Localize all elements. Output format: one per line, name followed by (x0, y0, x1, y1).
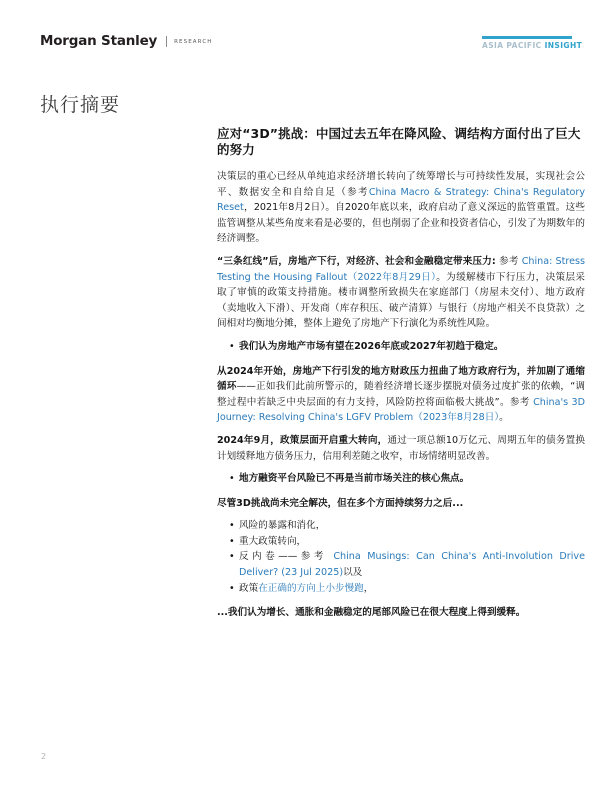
report-page: Morgan Stanley RESEARCH ASIA PACIFIC INS… (0, 0, 612, 792)
page-title: 执行摘要 (40, 90, 120, 117)
bold-text: 2024年9月，政策层面开启重大转向， (217, 435, 387, 446)
body-text: 重大政策转向， (239, 536, 306, 547)
bold-text: “三条红线”后，房地产下行，对经济、社会和金融稳定带来压力: (217, 256, 499, 267)
brand-logo: Morgan Stanley RESEARCH (40, 33, 213, 49)
report-link[interactable]: 在正确的方向上小步慢跑 (258, 583, 364, 594)
bold-text: 我们认为房地产市场有望在2026年底或2027年初趋于稳定。 (239, 341, 503, 352)
body-text: 政策 (239, 583, 258, 594)
paragraph: “三条红线”后，房地产下行，对经济、社会和金融稳定带来压力: 参考 China:… (217, 254, 585, 332)
bullet-item: 政策在正确的方向上小步慢跑， (229, 581, 585, 597)
bullet-list: 我们认为房地产市场有望在2026年底或2027年初趋于稳定。 (217, 339, 585, 355)
bold-text: 地方融资平台风险已不再是当前市场关注的核心焦点。 (239, 473, 469, 484)
brand-research-label: RESEARCH (174, 37, 212, 45)
body-text: ， (364, 583, 374, 594)
article-heading: 应对“3D”挑战：中国过去五年在降风险、调结构方面付出了巨大的努力 (217, 126, 585, 158)
brand-divider (166, 36, 167, 47)
bullet-item: 风险的暴露和消化， (229, 518, 585, 534)
bold-text: 尽管3D挑战尚未完全解决，但在多个方面持续努力之后... (217, 498, 463, 509)
body-text: 风险的暴露和消化， (239, 520, 325, 531)
paragraph: 从2024年开始，房地产下行引发的地方财政压力扭曲了地方政府行为，并加剧了通缩循… (217, 364, 585, 426)
paragraph: 决策层的重心已经从单纯追求经济增长转向了统筹增长与可持续性发展，实现社会公平、数… (217, 169, 585, 247)
body-text: ，2021年8月2日）。自2020年底以来，政府启动了意义深远的监管重置。这些监… (217, 202, 585, 244)
article-body: 应对“3D”挑战：中国过去五年在降风险、调结构方面付出了巨大的努力 决策层的重心… (217, 126, 585, 628)
body-text: 反内卷——参考 (239, 551, 333, 562)
body-text: 以及 (343, 567, 362, 578)
bullet-list: 地方融资平台风险已不再是当前市场关注的核心焦点。 (217, 471, 585, 487)
body-text: ——正如我们此前所警示的，随着经济增长逐步摆脱对债务过度扩张的依赖，“调整过程中… (217, 381, 585, 408)
bullet-item: 地方融资平台风险已不再是当前市场关注的核心焦点。 (229, 471, 585, 487)
brand-name: Morgan Stanley (40, 33, 157, 49)
bullet-item: 重大政策转向， (229, 534, 585, 550)
badge-region-label: ASIA PACIFIC (482, 41, 545, 50)
bullet-list: 风险的暴露和消化，重大政策转向，反内卷——参考 China Musings: C… (217, 518, 585, 596)
series-badge: ASIA PACIFIC INSIGHT (482, 36, 572, 50)
paragraph: ...我们认为增长、通胀和金融稳定的尾部风险已在很大程度上得到缓释。 (217, 605, 585, 621)
bold-text: ...我们认为增长、通胀和金融稳定的尾部风险已在很大程度上得到缓释。 (217, 607, 525, 618)
page-number: 2 (41, 752, 46, 761)
bullet-item: 反内卷——参考 China Musings: Can China's Anti-… (229, 549, 585, 580)
article-blocks: 决策层的重心已经从单纯追求经济增长转向了统筹增长与可持续性发展，实现社会公平、数… (217, 169, 585, 621)
paragraph: 2024年9月，政策层面开启重大转向，通过一项总额10万亿元、周期五年的债务置换… (217, 433, 585, 464)
paragraph: 尽管3D挑战尚未完全解决，但在多个方面持续努力之后... (217, 496, 585, 512)
badge-series-label: INSIGHT (545, 41, 583, 50)
body-text: 。 (499, 412, 509, 423)
bullet-item: 我们认为房地产市场有望在2026年底或2027年初趋于稳定。 (229, 339, 585, 355)
body-text: 参考 (499, 256, 522, 267)
